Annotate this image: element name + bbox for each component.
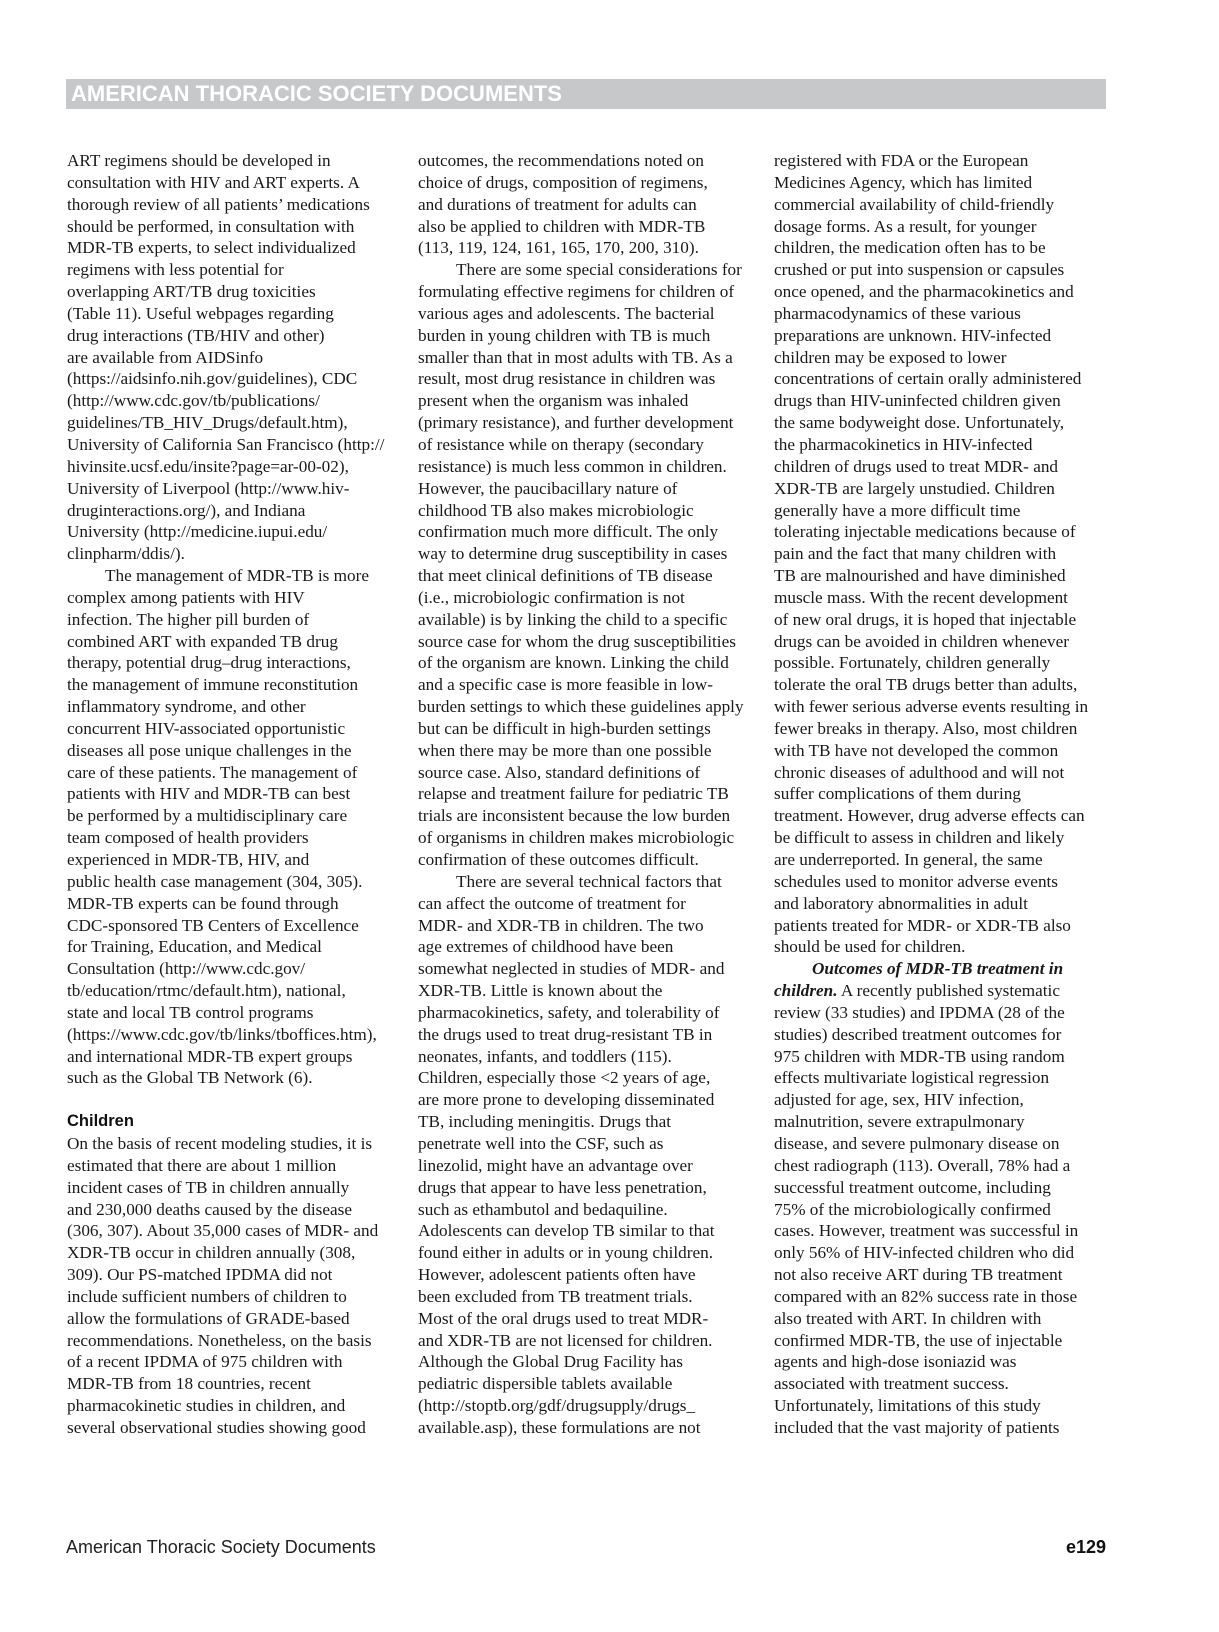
text-line: concurrent HIV-associated opportunistic xyxy=(67,718,399,740)
text-line: successful treatment outcome, including xyxy=(774,1177,1106,1199)
text-line: pain and the fact that many children wit… xyxy=(774,543,1106,565)
text-line: 75% of the microbiologically confirmed xyxy=(774,1199,1106,1221)
text-line: malnutrition, severe extrapulmonary xyxy=(774,1111,1106,1133)
text-line: penetrate well into the CSF, such as xyxy=(418,1133,750,1155)
text-line: include sufficient numbers of children t… xyxy=(67,1286,399,1308)
text-line: and international MDR-TB expert groups xyxy=(67,1046,399,1068)
text-line: (https://www.cdc.gov/tb/links/tboffices.… xyxy=(67,1024,399,1046)
run-in-heading: Outcomes of MDR-TB treatment in xyxy=(812,959,1063,978)
text-line: muscle mass. With the recent development xyxy=(774,587,1106,609)
text-line: public health case management (304, 305)… xyxy=(67,871,399,893)
text-line: pharmacokinetics, safety, and tolerabili… xyxy=(418,1002,750,1024)
text-line: pediatric dispersible tablets available xyxy=(418,1373,750,1395)
text-line: commercial availability of child-friendl… xyxy=(774,194,1106,216)
text-line: complex among patients with HIV xyxy=(67,587,399,609)
text-line: such as the Global TB Network (6). xyxy=(67,1067,399,1089)
text-line: state and local TB control programs xyxy=(67,1002,399,1024)
text-line: suffer complications of them during xyxy=(774,783,1106,805)
text-line: On the basis of recent modeling studies,… xyxy=(67,1133,399,1155)
text-line: infection. The higher pill burden of xyxy=(67,609,399,631)
text-line: treatment. However, drug adverse effects… xyxy=(774,805,1106,827)
text-line: studies) described treatment outcomes fo… xyxy=(774,1024,1106,1046)
text-line: recommendations. Nonetheless, on the bas… xyxy=(67,1330,399,1352)
text-line: chest radiograph (113). Overall, 78% had… xyxy=(774,1155,1106,1177)
text-line: The management of MDR-TB is more xyxy=(67,565,399,587)
text-line: trials are inconsistent because the low … xyxy=(418,805,750,827)
text-line: TB, including meningitis. Drugs that xyxy=(418,1111,750,1133)
text-line: and laboratory abnormalities in adult xyxy=(774,893,1106,915)
text-line: XDR-TB are largely unstudied. Children xyxy=(774,478,1106,500)
text-line: the management of immune reconstitution xyxy=(67,674,399,696)
text-line: various ages and adolescents. The bacter… xyxy=(418,303,750,325)
text-run: A recently published systematic xyxy=(838,981,1060,1000)
text-line: several observational studies showing go… xyxy=(67,1417,399,1439)
text-line: children may be exposed to lower xyxy=(774,347,1106,369)
text-line: be performed by a multidisciplinary care xyxy=(67,805,399,827)
text-line: Consultation (http://www.cdc.gov/ xyxy=(67,958,399,980)
text-line: clinpharm/ddis/). xyxy=(67,543,399,565)
text-line: of new oral drugs, it is hoped that inje… xyxy=(774,609,1106,631)
text-line: confirmed MDR-TB, the use of injectable xyxy=(774,1330,1106,1352)
text-line: drugs than HIV-uninfected children given xyxy=(774,390,1106,412)
text-line: when there may be more than one possible xyxy=(418,740,750,762)
text-line: Unfortunately, limitations of this study xyxy=(774,1395,1106,1417)
text-line: available.asp), these formulations are n… xyxy=(418,1417,750,1439)
section-spacer xyxy=(67,1089,399,1111)
text-line: University (http://medicine.iupui.edu/ xyxy=(67,521,399,543)
text-line: However, adolescent patients often have xyxy=(418,1264,750,1286)
footer-journal-name: American Thoracic Society Documents xyxy=(66,1537,376,1558)
text-line: for Training, Education, and Medical xyxy=(67,936,399,958)
text-line: regimens with less potential for xyxy=(67,259,399,281)
text-line: burden in young children with TB is much xyxy=(418,325,750,347)
text-line: smaller than that in most adults with TB… xyxy=(418,347,750,369)
text-line: pharmacodynamics of these various xyxy=(774,303,1106,325)
text-line: drug interactions (TB/HIV and other) xyxy=(67,325,399,347)
text-line: overlapping ART/TB drug toxicities xyxy=(67,281,399,303)
text-line: University of Liverpool (http://www.hiv- xyxy=(67,478,399,500)
text-line: outcomes, the recommendations noted on xyxy=(418,150,750,172)
text-line: (primary resistance), and further develo… xyxy=(418,412,750,434)
text-line: tb/education/rtmc/default.htm), national… xyxy=(67,980,399,1002)
text-line: confirmation much more difficult. The on… xyxy=(418,521,750,543)
text-line: of the organism are known. Linking the c… xyxy=(418,652,750,674)
text-line: estimated that there are about 1 million xyxy=(67,1155,399,1177)
text-line: age extremes of childhood have been xyxy=(418,936,750,958)
text-line: neonates, infants, and toddlers (115). xyxy=(418,1046,750,1068)
text-line: of a recent IPDMA of 975 children with xyxy=(67,1351,399,1373)
text-line: 975 children with MDR-TB using random xyxy=(774,1046,1106,1068)
text-line: result, most drug resistance in children… xyxy=(418,368,750,390)
text-line: Children, especially those <2 years of a… xyxy=(418,1067,750,1089)
text-line: resistance) is much less common in child… xyxy=(418,456,750,478)
text-line: drugs that appear to have less penetrati… xyxy=(418,1177,750,1199)
running-header-title: AMERICAN THORACIC SOCIETY DOCUMENTS xyxy=(71,81,562,107)
text-line: relapse and treatment failure for pediat… xyxy=(418,783,750,805)
text-line: drugs can be avoided in children wheneve… xyxy=(774,631,1106,653)
text-line: disease, and severe pulmonary disease on xyxy=(774,1133,1106,1155)
text-line: review (33 studies) and IPDMA (28 of the xyxy=(774,1002,1106,1024)
text-line: children of drugs used to treat MDR- and xyxy=(774,456,1106,478)
text-line: associated with treatment success. xyxy=(774,1373,1106,1395)
run-in-heading: children. xyxy=(774,981,838,1000)
text-line: (Table 11). Useful webpages regarding xyxy=(67,303,399,325)
text-line: 309). Our PS-matched IPDMA did not xyxy=(67,1264,399,1286)
text-line: pharmacokinetic studies in children, and xyxy=(67,1395,399,1417)
text-line: (http://www.cdc.gov/tb/publications/ xyxy=(67,390,399,412)
text-line: ART regimens should be developed in xyxy=(67,150,399,172)
text-line: cases. However, treatment was successful… xyxy=(774,1220,1106,1242)
text-line: experienced in MDR-TB, HIV, and xyxy=(67,849,399,871)
text-column-middle: outcomes, the recommendations noted onch… xyxy=(418,150,750,1439)
text-line: There are several technical factors that xyxy=(418,871,750,893)
text-line: agents and high-dose isoniazid was xyxy=(774,1351,1106,1373)
text-line: present when the organism was inhaled xyxy=(418,390,750,412)
text-line: compared with an 82% success rate in tho… xyxy=(774,1286,1106,1308)
text-line: registered with FDA or the European xyxy=(774,150,1106,172)
text-line: be difficult to assess in children and l… xyxy=(774,827,1106,849)
text-column-left: ART regimens should be developed inconsu… xyxy=(67,150,399,1439)
text-line: MDR-TB experts can be found through xyxy=(67,893,399,915)
text-line: confirmation of these outcomes difficult… xyxy=(418,849,750,871)
section-heading-children: Children xyxy=(67,1111,399,1133)
text-line: choice of drugs, composition of regimens… xyxy=(418,172,750,194)
text-line: Although the Global Drug Facility has xyxy=(418,1351,750,1373)
text-line: tolerating injectable medications becaus… xyxy=(774,521,1106,543)
text-line: allow the formulations of GRADE-based xyxy=(67,1308,399,1330)
text-line: inflammatory syndrome, and other xyxy=(67,696,399,718)
text-line: been excluded from TB treatment trials. xyxy=(418,1286,750,1308)
text-line: possible. Fortunately, children generall… xyxy=(774,652,1106,674)
text-line: crushed or put into suspension or capsul… xyxy=(774,259,1106,281)
text-line: formulating effective regimens for child… xyxy=(418,281,750,303)
text-line: MDR-TB experts, to select individualized xyxy=(67,237,399,259)
text-line: tolerate the oral TB drugs better than a… xyxy=(774,674,1106,696)
text-line: concentrations of certain orally adminis… xyxy=(774,368,1106,390)
text-line: way to determine drug susceptibility in … xyxy=(418,543,750,565)
text-line: with fewer serious adverse events result… xyxy=(774,696,1106,718)
text-line: guidelines/TB_HIV_Drugs/default.htm), xyxy=(67,412,399,434)
text-line: linezolid, might have an advantage over xyxy=(418,1155,750,1177)
text-line: consultation with HIV and ART experts. A xyxy=(67,172,399,194)
text-line: but can be difficult in high-burden sett… xyxy=(418,718,750,740)
text-line: diseases all pose unique challenges in t… xyxy=(67,740,399,762)
page-number: e129 xyxy=(1066,1537,1106,1558)
text-line: and durations of treatment for adults ca… xyxy=(418,194,750,216)
text-line: children, the medication often has to be xyxy=(774,237,1106,259)
text-line: of organisms in children makes microbiol… xyxy=(418,827,750,849)
text-column-right: registered with FDA or the EuropeanMedic… xyxy=(774,150,1106,1439)
text-line: XDR-TB occur in children annually (308, xyxy=(67,1242,399,1264)
text-line: preparations are unknown. HIV-infected xyxy=(774,325,1106,347)
text-line: chronic diseases of adulthood and will n… xyxy=(774,762,1106,784)
text-line: patients treated for MDR- or XDR-TB also xyxy=(774,915,1106,937)
text-line: (306, 307). About 35,000 cases of MDR- a… xyxy=(67,1220,399,1242)
text-line: source case for whom the drug susceptibi… xyxy=(418,631,750,653)
text-line: and a specific case is more feasible in … xyxy=(418,674,750,696)
text-line: Medicines Agency, which has limited xyxy=(774,172,1106,194)
text-line: (http://stoptb.org/gdf/drugsupply/drugs_ xyxy=(418,1395,750,1417)
text-line: of resistance while on therapy (secondar… xyxy=(418,434,750,456)
text-line: University of California San Francisco (… xyxy=(67,434,399,456)
text-line: schedules used to monitor adverse events xyxy=(774,871,1106,893)
text-line: available) is by linking the child to a … xyxy=(418,609,750,631)
header-band: AMERICAN THORACIC SOCIETY DOCUMENTS xyxy=(66,79,1106,109)
text-line: XDR-TB. Little is known about the xyxy=(418,980,750,1002)
text-line: therapy, potential drug–drug interaction… xyxy=(67,652,399,674)
text-line: Outcomes of MDR-TB treatment in xyxy=(774,958,1106,980)
text-line: and XDR-TB are not licensed for children… xyxy=(418,1330,750,1352)
text-line: combined ART with expanded TB drug xyxy=(67,631,399,653)
text-line: However, the paucibacillary nature of xyxy=(418,478,750,500)
text-line: are available from AIDSinfo xyxy=(67,347,399,369)
text-line: MDR- and XDR-TB in children. The two xyxy=(418,915,750,937)
text-line: are underreported. In general, the same xyxy=(774,849,1106,871)
text-line: care of these patients. The management o… xyxy=(67,762,399,784)
text-line: Adolescents can develop TB similar to th… xyxy=(418,1220,750,1242)
text-line: thorough review of all patients’ medicat… xyxy=(67,194,399,216)
text-line: should be used for children. xyxy=(774,936,1106,958)
text-line: not also receive ART during TB treatment xyxy=(774,1264,1106,1286)
text-line: hivinsite.ucsf.edu/insite?page=ar-00-02)… xyxy=(67,456,399,478)
text-line: Most of the oral drugs used to treat MDR… xyxy=(418,1308,750,1330)
text-line: should be performed, in consultation wit… xyxy=(67,216,399,238)
text-line: also be applied to children with MDR-TB xyxy=(418,216,750,238)
text-line: (113, 119, 124, 161, 165, 170, 200, 310)… xyxy=(418,237,750,259)
text-line: that meet clinical definitions of TB dis… xyxy=(418,565,750,587)
text-line: included that the vast majority of patie… xyxy=(774,1417,1106,1439)
text-line: once opened, and the pharmacokinetics an… xyxy=(774,281,1106,303)
text-line: CDC-sponsored TB Centers of Excellence xyxy=(67,915,399,937)
text-line: team composed of health providers xyxy=(67,827,399,849)
text-line: and 230,000 deaths caused by the disease xyxy=(67,1199,399,1221)
text-line: druginteractions.org/), and Indiana xyxy=(67,500,399,522)
text-line: with TB have not developed the common xyxy=(774,740,1106,762)
text-line: adjusted for age, sex, HIV infection, xyxy=(774,1089,1106,1111)
text-line: somewhat neglected in studies of MDR- an… xyxy=(418,958,750,980)
text-line: burden settings to which these guideline… xyxy=(418,696,750,718)
text-line: generally have a more difficult time xyxy=(774,500,1106,522)
text-line: (https://aidsinfo.nih.gov/guidelines), C… xyxy=(67,368,399,390)
text-line: only 56% of HIV-infected children who di… xyxy=(774,1242,1106,1264)
text-line: patients with HIV and MDR-TB can best xyxy=(67,783,399,805)
text-line: found either in adults or in young child… xyxy=(418,1242,750,1264)
text-line: the drugs used to treat drug-resistant T… xyxy=(418,1024,750,1046)
text-line: MDR-TB from 18 countries, recent xyxy=(67,1373,399,1395)
text-line: also treated with ART. In children with xyxy=(774,1308,1106,1330)
text-line: TB are malnourished and have diminished xyxy=(774,565,1106,587)
text-line: source case. Also, standard definitions … xyxy=(418,762,750,784)
text-line: (i.e., microbiologic confirmation is not xyxy=(418,587,750,609)
text-line: There are some special considerations fo… xyxy=(418,259,750,281)
text-line: fewer breaks in therapy. Also, most chil… xyxy=(774,718,1106,740)
text-line: the same bodyweight dose. Unfortunately, xyxy=(774,412,1106,434)
text-line: such as ethambutol and bedaquiline. xyxy=(418,1199,750,1221)
text-line: children. A recently published systemati… xyxy=(774,980,1106,1002)
text-line: childhood TB also makes microbiologic xyxy=(418,500,750,522)
text-line: effects multivariate logistical regressi… xyxy=(774,1067,1106,1089)
text-line: dosage forms. As a result, for younger xyxy=(774,216,1106,238)
text-line: are more prone to developing disseminate… xyxy=(418,1089,750,1111)
text-line: can affect the outcome of treatment for xyxy=(418,893,750,915)
text-line: incident cases of TB in children annuall… xyxy=(67,1177,399,1199)
text-line: the pharmacokinetics in HIV-infected xyxy=(774,434,1106,456)
